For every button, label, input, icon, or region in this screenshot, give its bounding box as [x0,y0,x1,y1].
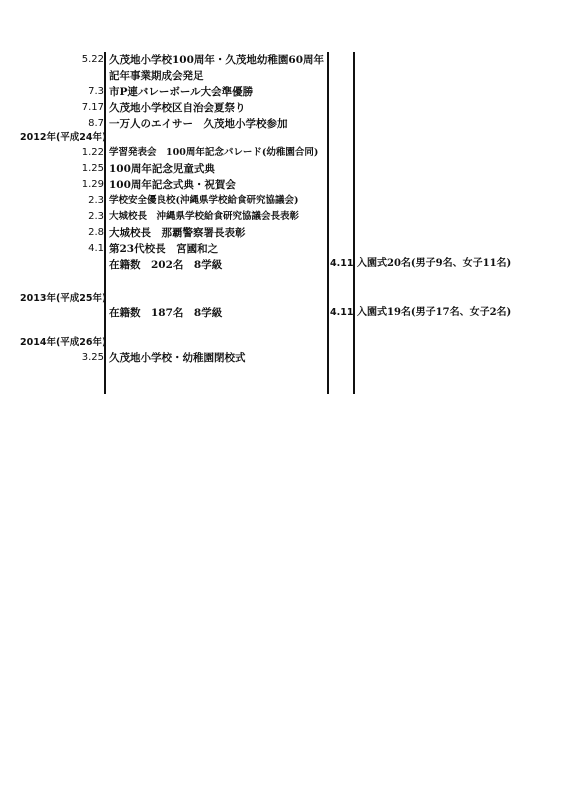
entry-text: 第23代校長 宮國和之 [109,241,218,257]
column-divider-middle [327,52,329,394]
entry-date: 4.11 [330,256,352,272]
entry-date: 7.17 [0,100,104,116]
year-heading-2014: 2014年(平成26年) [20,336,106,350]
entry-date: 1.29 [0,177,104,193]
entry-date: 3.25 [0,350,104,366]
entry-text: 大城校長 沖縄県学校給食研究協議会長表彰 [109,209,299,225]
entry-text: 大城校長 那覇警察署長表彰 [109,225,246,241]
entry-text: 久茂地小学校・幼稚園閉校式 [109,350,246,366]
entry-date: 2.3 [0,193,104,209]
entry-text: 記年事業期成会発足 [109,68,204,84]
entry-date: 7.3 [0,84,104,100]
entry-text: 100周年記念式典・祝賀会 [109,177,236,193]
entry-text: 学習発表会 100周年記念パレード(幼稚園合同) [109,145,318,161]
entry-text: 久茂地小学校100周年・久茂地幼稚園60周年 [109,52,324,68]
entry-text: 入園式20名(男子9名、女子11名) [357,256,511,272]
entry-text: 一万人のエイサー 久茂地小学校参加 [109,116,288,132]
year-heading-2013: 2013年(平成25年) [20,292,106,306]
entry-date: 5.22 [0,52,104,68]
entry-date: 2.3 [0,209,104,225]
entry-text: 100周年記念児童式典 [109,161,215,177]
entry-date: 4.11 [330,305,352,321]
entry-text: 市P連バレーボール大会準優勝 [109,84,253,100]
entry-text: 在籍数 202名 8学級 [109,257,222,273]
entry-date: 2.8 [0,225,104,241]
entry-date: 1.25 [0,161,104,177]
entry-text: 学校安全優良校(沖縄県学校給食研究協議会) [109,193,299,209]
entry-text: 久茂地小学校区自治会夏祭り [109,100,246,116]
entry-date: 8.7 [0,116,104,132]
column-divider-right [353,52,355,394]
entry-date: 4.1 [0,241,104,257]
entry-text: 入園式19名(男子17名、女子2名) [357,305,511,321]
year-heading-2012: 2012年(平成24年) [20,131,106,145]
entry-date: 1.22 [0,145,104,161]
entry-text: 在籍数 187名 8学級 [109,305,222,321]
